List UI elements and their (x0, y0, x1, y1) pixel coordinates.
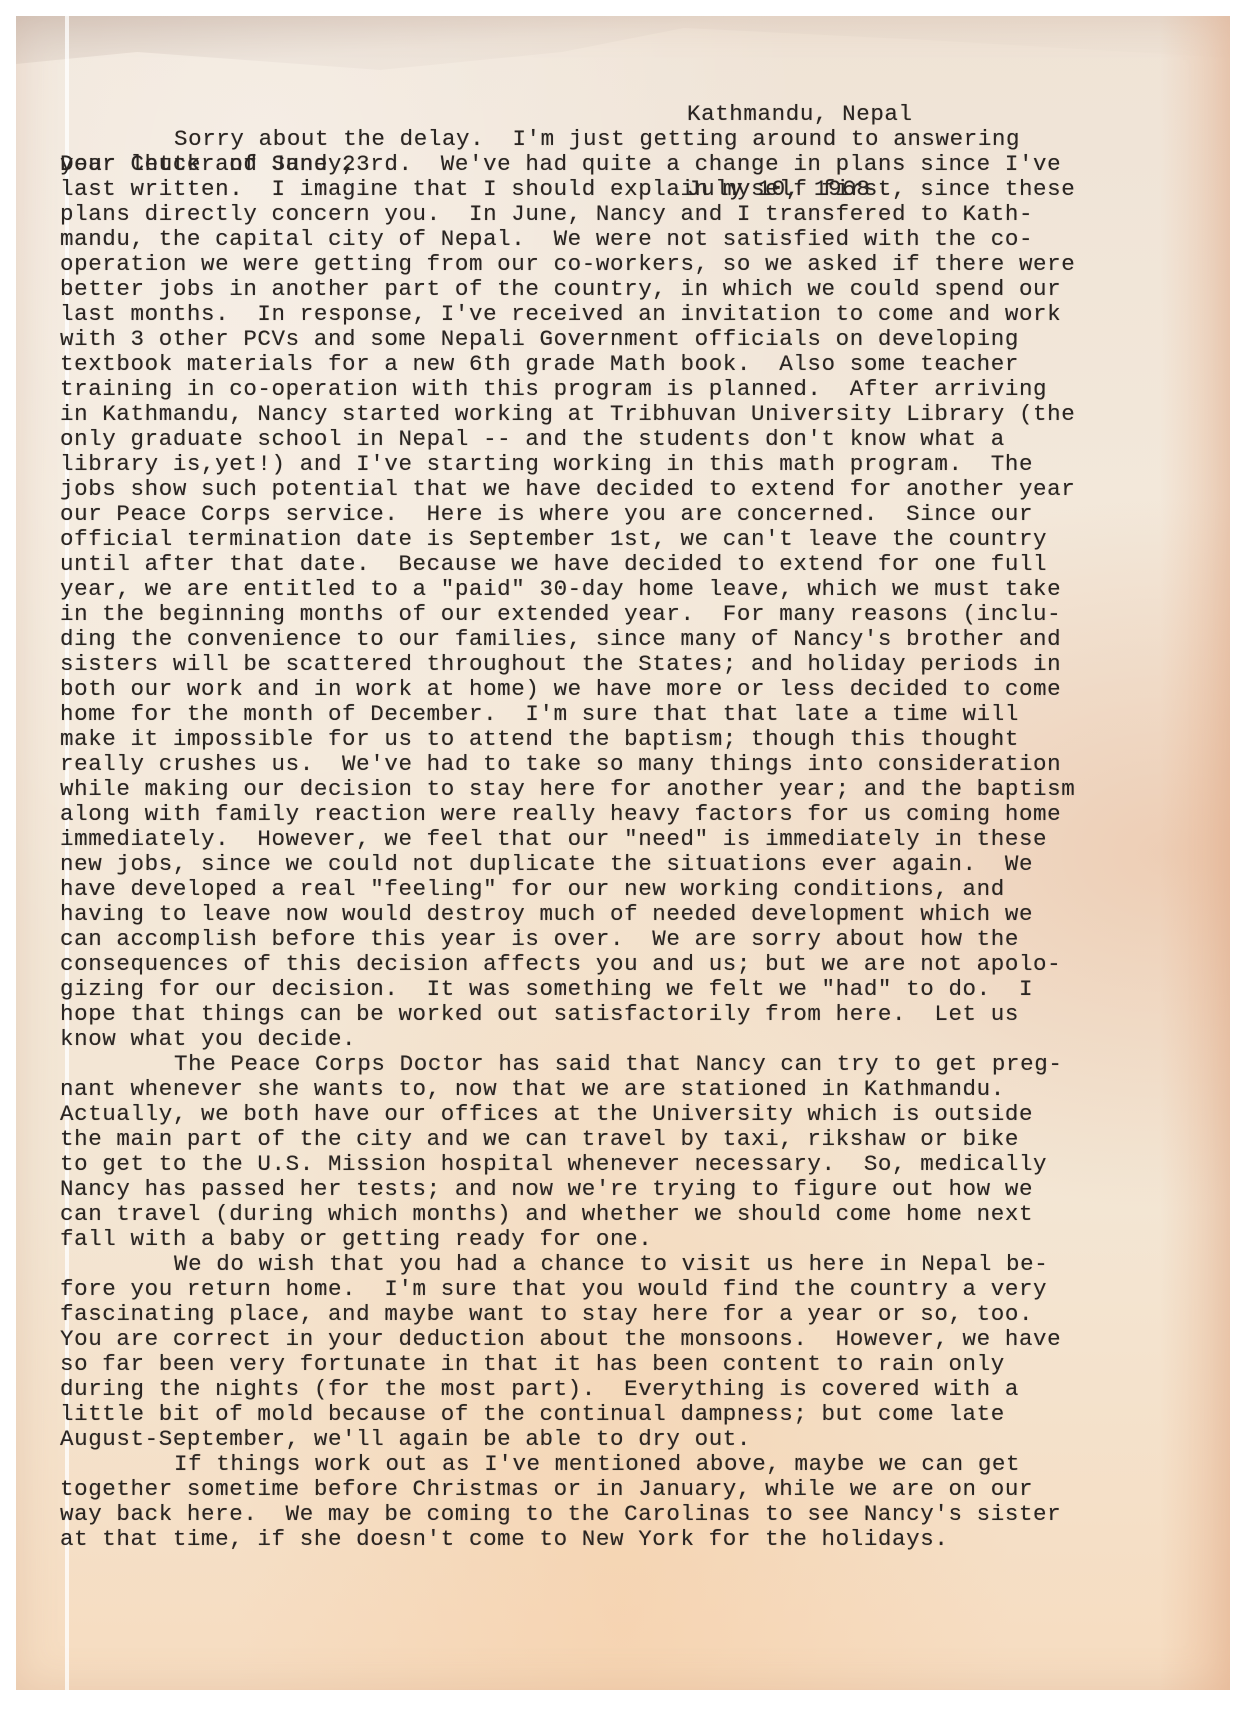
letter-line: little bit of mold because of the contin… (60, 1402, 1075, 1427)
letter-line: immediately. However, we feel that our "… (60, 827, 1075, 852)
letter-line: Sorry about the delay. I'm just getting … (60, 127, 1075, 152)
letter-line: nant whenever she wants to, now that we … (60, 1077, 1075, 1102)
letter-line: with 3 other PCVs and some Nepali Govern… (60, 327, 1075, 352)
letter-paragraph: Sorry about the delay. I'm just getting … (60, 127, 1075, 1052)
letter-paragraph: We do wish that you had a chance to visi… (60, 1252, 1075, 1452)
letter-line: have developed a real "feeling" for our … (60, 877, 1075, 902)
letter-line: can travel (during which months) and whe… (60, 1202, 1075, 1227)
letter-line: know what you decide. (60, 1027, 1075, 1052)
letter-line: Actually, we both have our offices at th… (60, 1102, 1075, 1127)
letter-line: last months. In response, I've received … (60, 302, 1075, 327)
letter-line: gizing for our decision. It was somethin… (60, 977, 1075, 1002)
letter-line: jobs show such potential that we have de… (60, 477, 1075, 502)
letter-line: You are correct in your deduction about … (60, 1327, 1075, 1352)
letter-line: in Kathmandu, Nancy started working at T… (60, 402, 1075, 427)
paper-stain (1160, 16, 1230, 1690)
letter-line: ding the convenience to our families, si… (60, 627, 1075, 652)
letter-line: August-September, we'll again be able to… (60, 1427, 1075, 1452)
letter-line: your letter of June 23rd. We've had quit… (60, 152, 1075, 177)
letter-paragraph: The Peace Corps Doctor has said that Nan… (60, 1052, 1075, 1252)
letter-line: better jobs in another part of the count… (60, 277, 1075, 302)
letter-line: both our work and in work at home) we ha… (60, 677, 1075, 702)
letter-line: to get to the U.S. Mission hospital when… (60, 1152, 1075, 1177)
letter-line: We do wish that you had a chance to visi… (60, 1252, 1075, 1277)
letter-line: year, we are entitled to a "paid" 30-day… (60, 577, 1075, 602)
letter-line: If things work out as I've mentioned abo… (60, 1452, 1075, 1477)
letter-line: new jobs, since we could not duplicate t… (60, 852, 1075, 877)
letter-line: fascinating place, and maybe want to sta… (60, 1302, 1075, 1327)
letter-line: official termination date is September 1… (60, 527, 1075, 552)
letter-line: operation we were getting from our co-wo… (60, 252, 1075, 277)
letter-line: mandu, the capital city of Nepal. We wer… (60, 227, 1075, 252)
letter-line: consequences of this decision affects yo… (60, 952, 1075, 977)
letter-line: while making our decision to stay here f… (60, 777, 1075, 802)
letter-line: so far been very fortunate in that it ha… (60, 1352, 1075, 1377)
letter-body: Sorry about the delay. I'm just getting … (60, 127, 1075, 1552)
letter-line: Nancy has passed her tests; and now we'r… (60, 1177, 1075, 1202)
letter-line: together sometime before Christmas or in… (60, 1477, 1075, 1502)
letter-line: fall with a baby or getting ready for on… (60, 1227, 1075, 1252)
letter-line: until after that date. Because we have d… (60, 552, 1075, 577)
letter-line: during the nights (for the most part). E… (60, 1377, 1075, 1402)
letter-line: the main part of the city and we can tra… (60, 1127, 1075, 1152)
letter-line: having to leave now would destroy much o… (60, 902, 1075, 927)
letter-line: plans directly concern you. In June, Nan… (60, 202, 1075, 227)
letter-line: hope that things can be worked out satis… (60, 1002, 1075, 1027)
letter-line: really crushes us. We've had to take so … (60, 752, 1075, 777)
letter-line: in the beginning months of our extended … (60, 602, 1075, 627)
letter-line: along with family reaction were really h… (60, 802, 1075, 827)
letter-line: library is,yet!) and I've starting worki… (60, 452, 1075, 477)
letter-line: textbook materials for a new 6th grade M… (60, 352, 1075, 377)
letter-line: at that time, if she doesn't come to New… (60, 1527, 1075, 1552)
letter-line: only graduate school in Nepal -- and the… (60, 427, 1075, 452)
letter-line: our Peace Corps service. Here is where y… (60, 502, 1075, 527)
letter-line: training in co-operation with this progr… (60, 377, 1075, 402)
letter-paragraph: If things work out as I've mentioned abo… (60, 1452, 1075, 1552)
letter-line: can accomplish before this year is over.… (60, 927, 1075, 952)
letter-line: fore you return home. I'm sure that you … (60, 1277, 1075, 1302)
letter-line: make it impossible for us to attend the … (60, 727, 1075, 752)
letter-line: home for the month of December. I'm sure… (60, 702, 1075, 727)
letter-line: The Peace Corps Doctor has said that Nan… (60, 1052, 1075, 1077)
letter-line: sisters will be scattered throughout the… (60, 652, 1075, 677)
letter-location: Kathmandu, Nepal (687, 102, 913, 127)
letter-line: way back here. We may be coming to the C… (60, 1502, 1075, 1527)
letter-line: last written. I imagine that I should ex… (60, 177, 1075, 202)
